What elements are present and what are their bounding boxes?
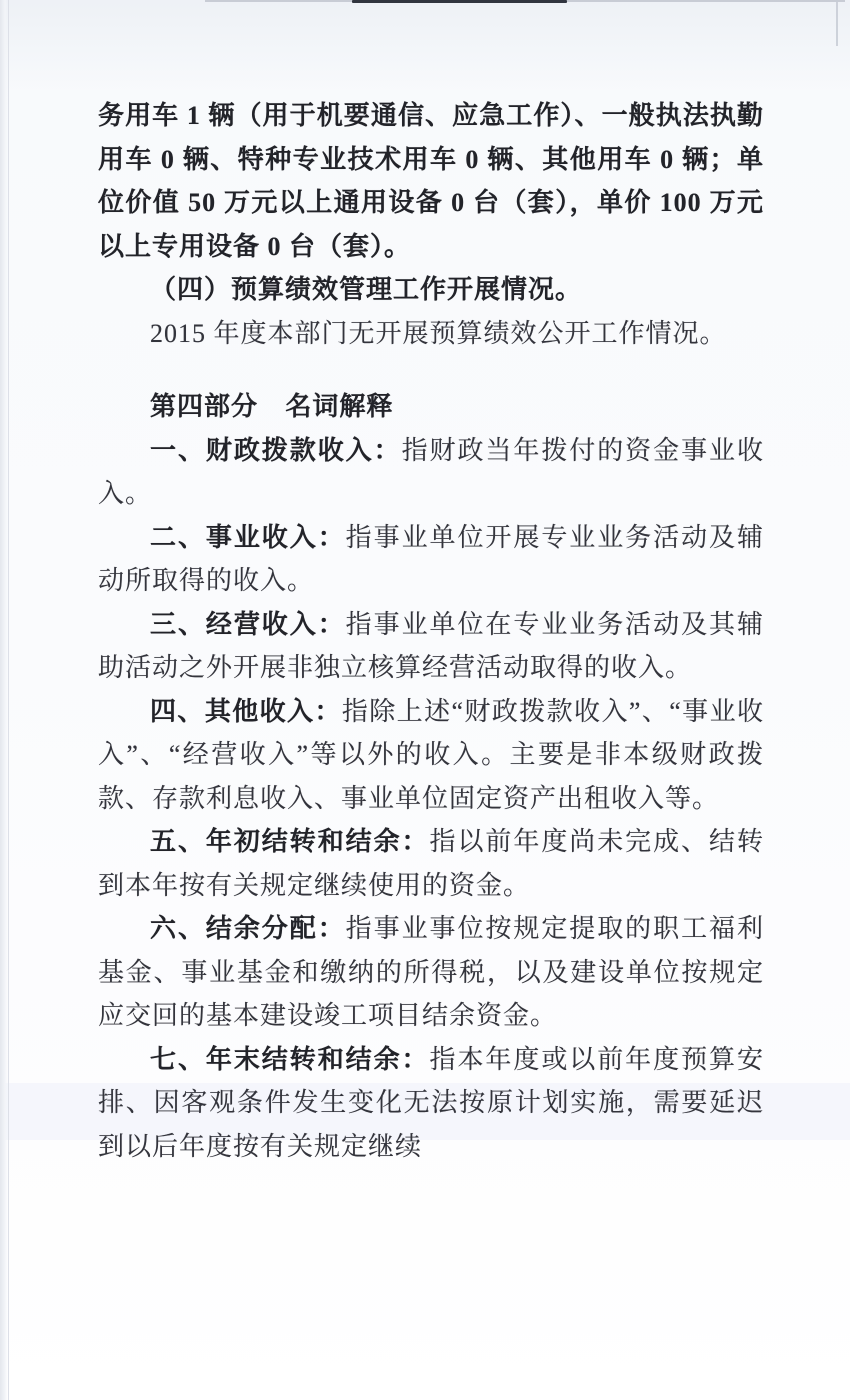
scan-artifact-right-tick — [836, 0, 838, 46]
scan-artifact-top-line-faint — [205, 0, 845, 2]
term-label: 三、经营收入： — [150, 610, 346, 639]
term-definition-6: 六、结余分配：指事业事位按规定提取的职工福利基金、事业基金和缴纳的所得税，以及建… — [98, 907, 764, 1038]
term-label: 六、结余分配： — [150, 914, 346, 943]
term-definition-7: 七、年末结转和结余：指本年度或以前年度预算安排、因客观条件发生变化无法按原计划实… — [98, 1038, 764, 1169]
term-label: 七、年末结转和结余： — [150, 1045, 430, 1074]
term-definition-2: 二、事业收入：指事业单位开展专业业务活动及辅动所取得的收入。 — [98, 516, 764, 603]
scan-shading-top — [0, 0, 850, 95]
paragraph-performance-note: 2015 年度本部门无开展预算绩效公开工作情况。 — [98, 312, 764, 356]
part-title: 名词解释 — [285, 392, 393, 421]
text-run: 务用车 1 辆（用于机要通信、应急工作）、一般执法执勤用车 0 辆、特种专业技术… — [98, 101, 764, 261]
term-label: 二、事业收入： — [150, 523, 346, 552]
term-definition-1: 一、财政拨款收入：指财政当年拨付的资金事业收入。 — [98, 429, 764, 516]
scan-artifact-top-line — [352, 0, 567, 3]
paragraph-vehicles-equipment: 务用车 1 辆（用于机要通信、应急工作）、一般执法执勤用车 0 辆、特种专业技术… — [98, 94, 764, 268]
scan-edge-left — [0, 0, 9, 1400]
term-label: 一、财政拨款收入： — [150, 436, 402, 465]
term-definition-4: 四、其他收入：指除上述“财政拨款收入”、“事业收入”、“经营收入”等以外的收入。… — [98, 690, 764, 821]
text-run: 2015 年度本部门无开展预算绩效公开工作情况。 — [150, 319, 727, 348]
part-label: 第四部分 — [150, 392, 258, 421]
term-definition-5: 五、年初结转和结余：指以前年度尚未完成、结转到本年按有关规定继续使用的资金。 — [98, 820, 764, 907]
paragraph-section4-heading: （四）预算绩效管理工作开展情况。 — [98, 268, 764, 312]
term-definition-3: 三、经营收入：指事业单位在专业业务活动及其辅助活动之外开展非独立核算经营活动取得… — [98, 603, 764, 690]
part4-heading: 第四部分名词解释 — [98, 385, 764, 429]
term-label: 五、年初结转和结余： — [150, 827, 430, 856]
document-text-block: 务用车 1 辆（用于机要通信、应急工作）、一般执法执勤用车 0 辆、特种专业技术… — [98, 94, 764, 1168]
scanned-page: 务用车 1 辆（用于机要通信、应急工作）、一般执法执勤用车 0 辆、特种专业技术… — [0, 0, 850, 1400]
term-label: 四、其他收入： — [150, 697, 342, 726]
text-run: （四）预算绩效管理工作开展情况。 — [150, 275, 582, 304]
